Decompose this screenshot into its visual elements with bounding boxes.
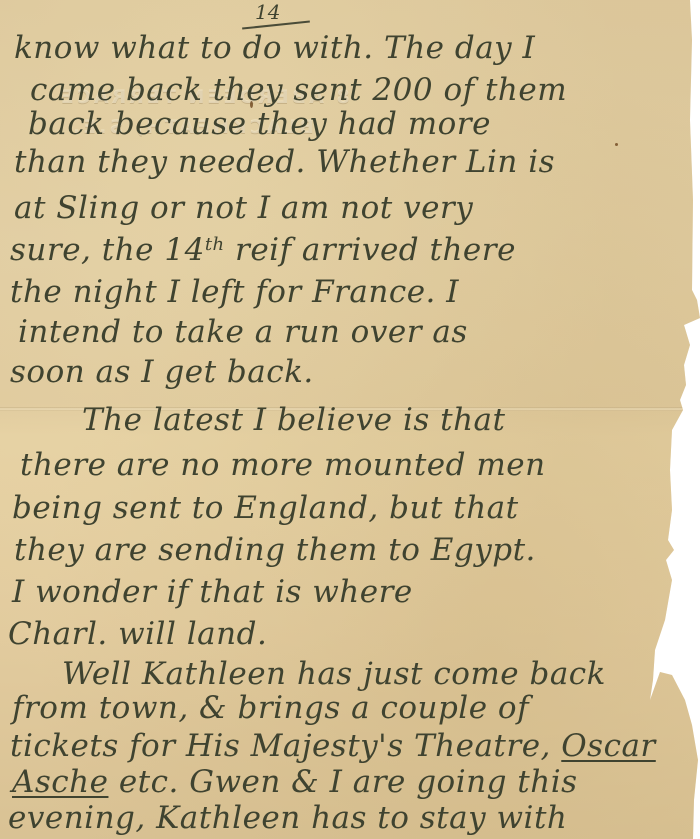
letter-line-10: The latest I believe is that: [82, 402, 505, 438]
letter-line-9: soon as I get back.: [10, 354, 314, 390]
letter-line-6-pre: sure, the 14: [10, 232, 205, 268]
letter-line-20: evening, Kathleen has to stay with: [8, 800, 567, 836]
letter-line-19-post: etc. Gwen & I are going this: [108, 764, 577, 800]
letter-page: 8 ABERDEEN TERRACE BLACKHEATH, S.E. 14 k…: [0, 0, 700, 839]
letter-line-6: sure, the 14th reif arrived there: [10, 232, 516, 268]
letter-line-1: know what to do with. The day I: [14, 30, 535, 66]
letter-line-6-post: reif arrived there: [225, 232, 516, 268]
underlined-name-oscar: Oscar: [561, 728, 656, 764]
letter-line-11: there are no more mounted men: [20, 447, 546, 483]
letter-line-13: they are sending them to Egypt.: [14, 532, 536, 568]
page-number: 14: [255, 0, 280, 24]
letter-line-14: I wonder if that is where: [12, 574, 413, 610]
letter-line-19: Asche etc. Gwen & I are going this: [12, 764, 578, 800]
letter-line-15: Charl. will land.: [8, 616, 267, 652]
underlined-name-asche: Asche: [12, 764, 108, 800]
letter-line-12: being sent to England, but that: [12, 490, 519, 526]
letter-line-7: the night I left for France. I: [10, 274, 459, 310]
letter-line-8: intend to take a run over as: [18, 314, 468, 350]
ink-spot: [615, 143, 618, 146]
letter-line-5: at Sling or not I am not very: [14, 190, 473, 226]
letter-line-2: came back they sent 200 of them: [30, 72, 567, 108]
letter-line-6-superscript: th: [205, 234, 225, 255]
letter-line-4: than they needed. Whether Lin is: [14, 144, 555, 180]
letter-line-3: back because they had more: [28, 106, 491, 142]
letter-line-18: tickets for His Majesty's Theatre, Oscar: [10, 728, 656, 764]
letter-line-17: from town, & brings a couple of: [12, 690, 529, 726]
letter-line-16: Well Kathleen has just come back: [62, 656, 606, 692]
letter-line-18-pre: tickets for His Majesty's Theatre,: [10, 728, 561, 764]
